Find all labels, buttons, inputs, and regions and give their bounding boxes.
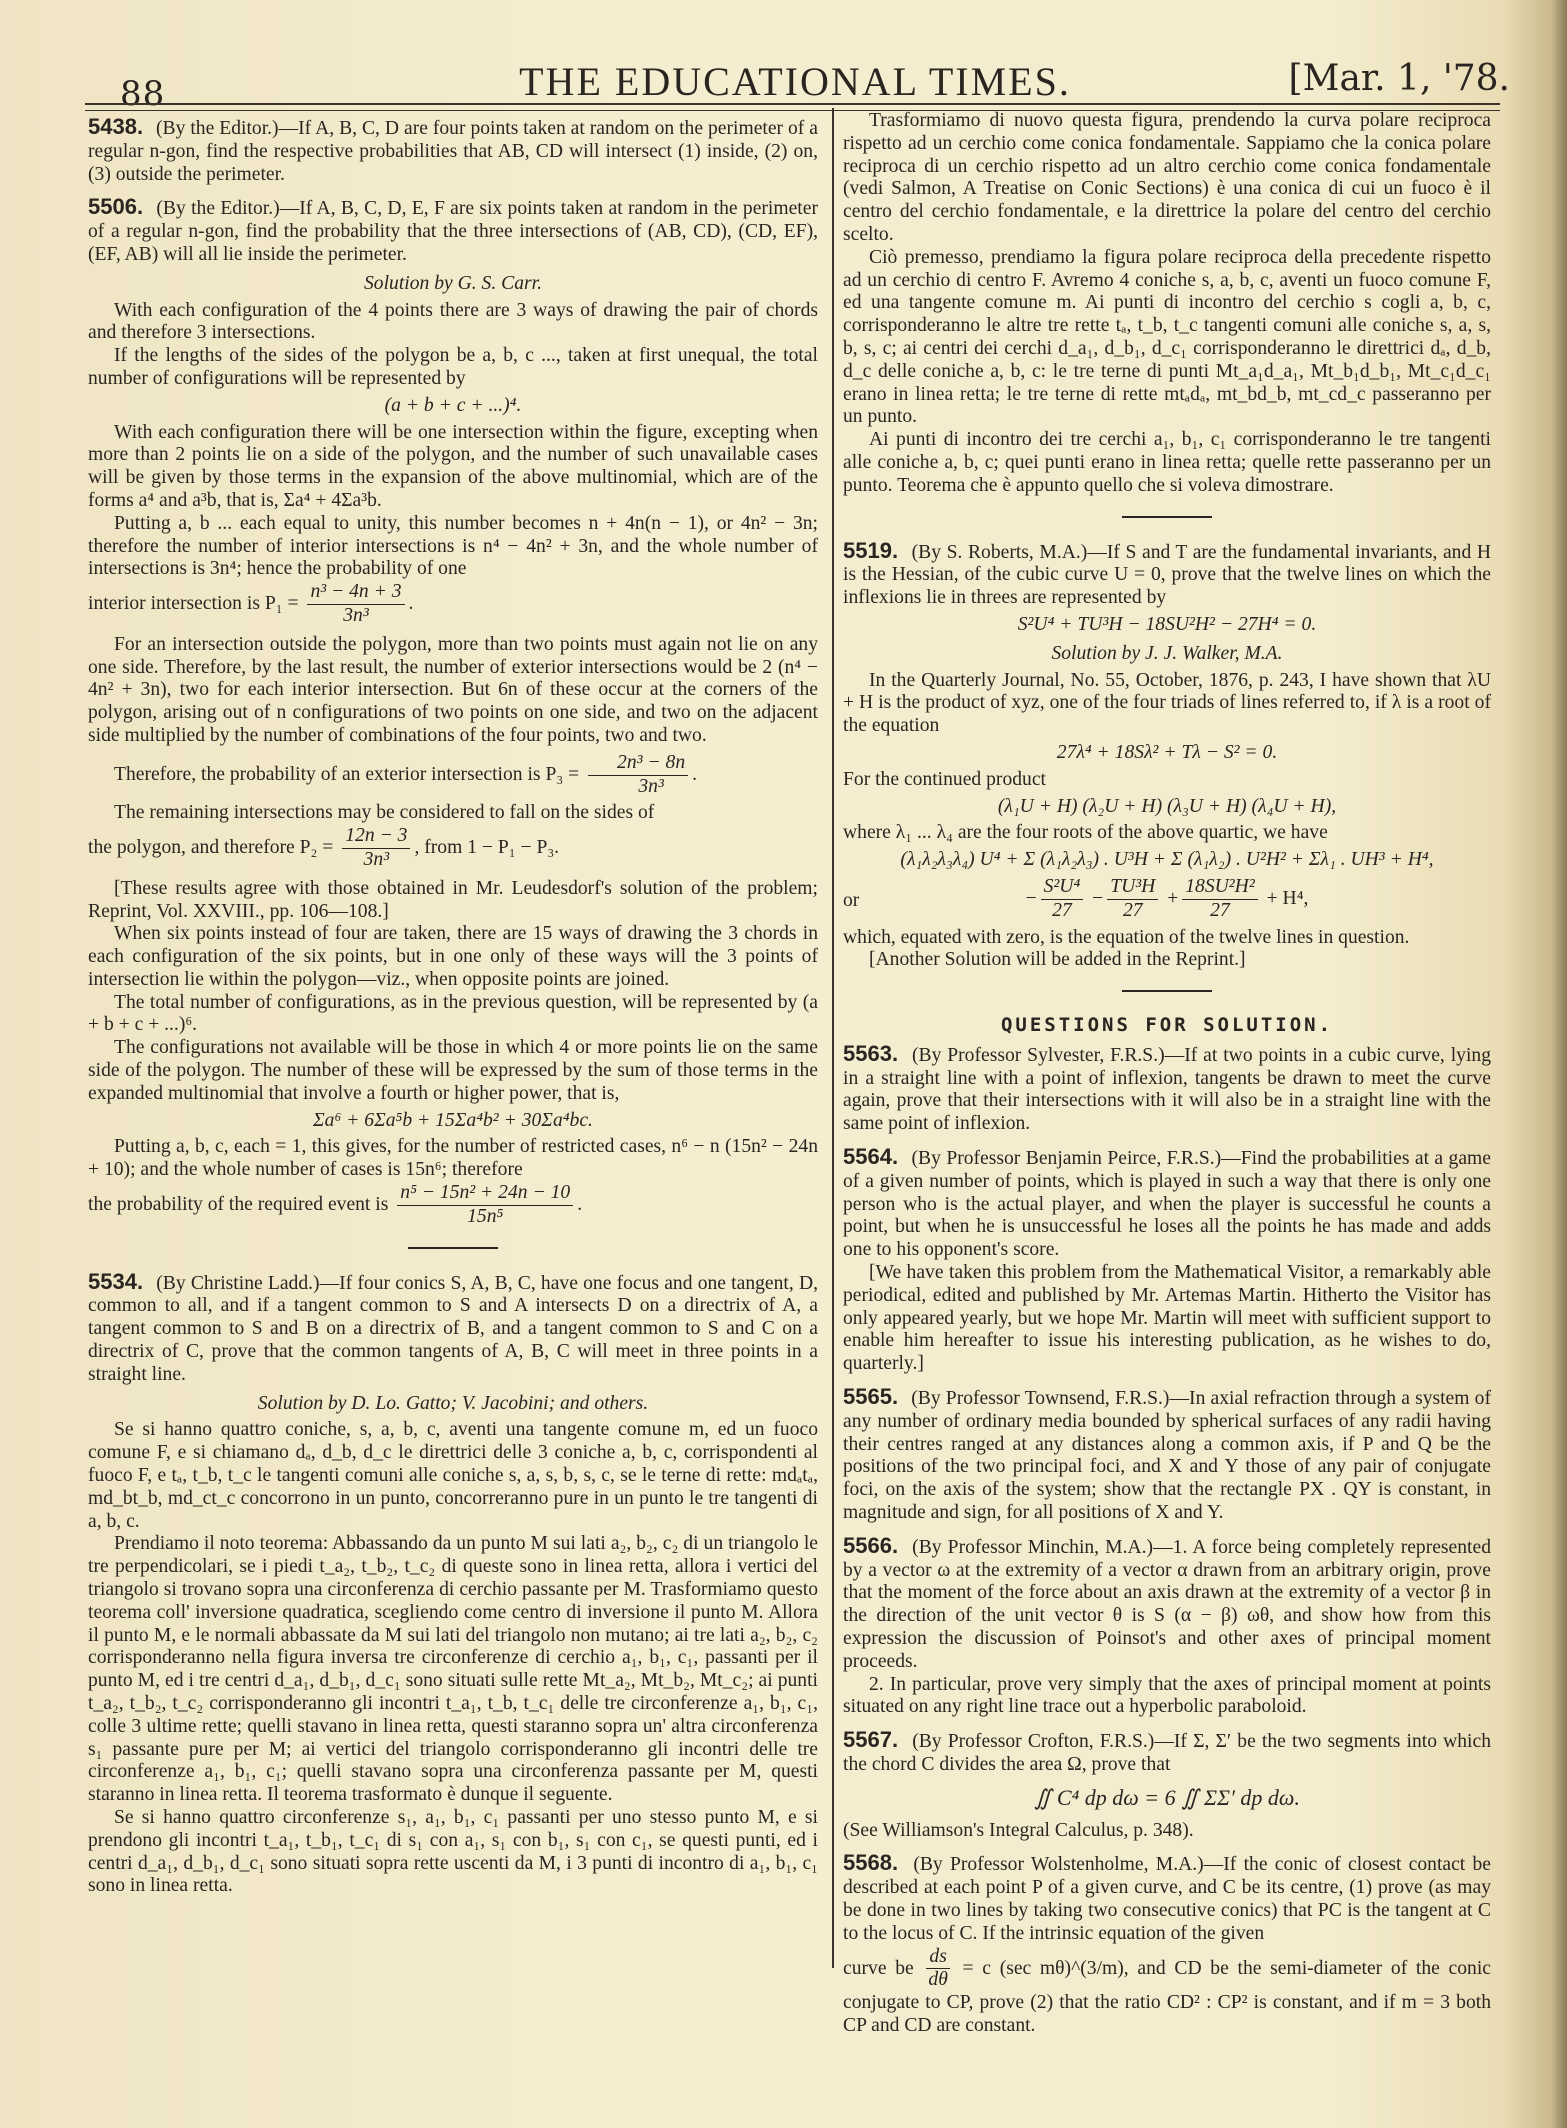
equation: (a + b + c + ...)⁴. — [88, 395, 818, 418]
question-number: 5506. — [88, 194, 143, 219]
equation: S²U⁴ + TU³H − 18SU²H² − 27H⁴ = 0. — [843, 614, 1491, 637]
solution-byline: Solution by D. Lo. Gatto; V. Jacobini; a… — [88, 1393, 818, 1416]
equation: 27λ⁴ + 18Sλ² + Tλ − S² = 0. — [843, 742, 1491, 765]
question-author: (By Professor Wolstenholme, M.A.) — [913, 1854, 1203, 1875]
section-divider — [408, 1247, 498, 1249]
formula-p2: the polygon, and therefore P₂ = 12n − 33… — [88, 825, 818, 872]
fraction: TU³H27 — [1107, 876, 1158, 923]
equation: (λ₁λ₂λ₃λ₄) U⁴ + Σ (λ₁λ₂λ₃) . U³H + Σ (λ₁… — [843, 849, 1491, 872]
question-number: 5534. — [88, 1269, 143, 1294]
newspaper-page: 88 THE EDUCATIONAL TIMES. [Mar. 1, '78. … — [0, 0, 1567, 2128]
question-number: 5566. — [843, 1533, 898, 1558]
question-5566: 5566. (By Professor Minchin, M.A.)—1. A … — [843, 1535, 1491, 1674]
numerator: n³ − 4n + 3 — [307, 581, 404, 605]
numerator: TU³H — [1107, 876, 1158, 900]
question-author: (By S. Roberts, M.A.) — [912, 542, 1088, 563]
question-5567: 5567. (By Professor Crofton, F.R.S.)—If … — [843, 1729, 1491, 1777]
denominator: 27 — [1041, 900, 1084, 923]
numerator: 2n³ − 8n — [588, 752, 688, 776]
question-author: (By the Editor.) — [156, 198, 279, 219]
fraction: n³ − 4n + 33n³ — [307, 581, 404, 628]
numerator: ds — [926, 1946, 949, 1970]
equation-tail: + H⁴, — [1267, 888, 1309, 909]
solution-byline: Solution by G. S. Carr. — [88, 273, 818, 296]
right-column: Trasformiamo di nuovo questa figura, pre… — [843, 110, 1491, 2038]
paragraph: When six points instead of four are take… — [88, 923, 818, 991]
numerator: 12n − 3 — [342, 825, 410, 849]
fraction: n⁵ − 15n² + 24n − 1015n⁵ — [397, 1182, 573, 1229]
paragraph: For the continued product — [843, 769, 1491, 792]
reference: (See Williamson's Integral Calculus, p. … — [843, 1820, 1491, 1843]
paragraph: Putting a, b ... each equal to unity, th… — [88, 513, 818, 581]
question-author: (By Professor Townsend, F.R.S.) — [911, 1388, 1169, 1409]
question-5563: 5563. (By Professor Sylvester, F.R.S.)—I… — [843, 1043, 1491, 1136]
fraction: 2n³ − 8n3n³ — [588, 752, 688, 799]
question-number: 5563. — [843, 1041, 898, 1066]
question-number: 5438. — [88, 114, 143, 139]
question-5506: 5506. (By the Editor.)—If A, B, C, D, E,… — [88, 196, 818, 266]
issue-date: [Mar. 1, '78. — [1289, 58, 1510, 99]
paragraph: Trasformiamo di nuovo questa figura, pre… — [843, 110, 1491, 247]
formula-lead: interior intersection is P₁ = — [88, 593, 299, 614]
page-header: 88 THE EDUCATIONAL TIMES. [Mar. 1, '78. — [80, 58, 1510, 98]
formula-curve: curve be dsdθ = c (sec mθ)^(3/m), and CD… — [843, 1946, 1491, 2038]
equation: (λ₁U + H) (λ₂U + H) (λ₃U + H) (λ₄U + H), — [843, 796, 1491, 819]
paragraph: Ciò premesso, prendiamo la figura polare… — [843, 247, 1491, 429]
section-divider — [1122, 990, 1212, 992]
paragraph: which, equated with zero, is the equatio… — [843, 927, 1491, 950]
question-5564: 5564. (By Professor Benjamin Peirce, F.R… — [843, 1146, 1491, 1262]
denominator: 27 — [1182, 900, 1257, 923]
fraction: 12n − 33n³ — [342, 825, 410, 872]
denominator: 3n³ — [588, 776, 688, 799]
question-author: (By Professor Benjamin Peirce, F.R.S.) — [912, 1148, 1222, 1169]
column-divider — [832, 108, 834, 1968]
question-5438: 5438. (By the Editor.)—If A, B, C, D are… — [88, 116, 818, 186]
question-author: (By the Editor.) — [156, 118, 279, 139]
equation: Σa⁶ + 6Σa⁵b + 15Σa⁴b² + 30Σa⁴bc. — [88, 1110, 818, 1133]
question-author: (By Professor Sylvester, F.R.S.) — [912, 1045, 1165, 1066]
fraction: S²U⁴27 — [1041, 876, 1084, 923]
paragraph: For an intersection outside the polygon,… — [88, 634, 818, 748]
or-label: or — [843, 890, 859, 913]
paragraph: In the Quarterly Journal, No. 55, Octobe… — [843, 670, 1491, 738]
formula-final: the probability of the required event is… — [88, 1182, 818, 1229]
formula-lead: the probability of the required event is — [88, 1194, 388, 1215]
fraction: dsdθ — [926, 1946, 949, 1993]
formula-lead: Therefore, the probability of an exterio… — [114, 764, 579, 785]
equation: ∬ C⁴ dp dω = 6 ∬ ΣΣ′ dp dω. — [843, 1787, 1491, 1810]
formula-tail: , from 1 − P₁ − P₃. — [414, 837, 559, 858]
formula-lead: curve be — [843, 1957, 914, 1978]
paragraph: The total number of configurations, as i… — [88, 992, 818, 1038]
denominator: 3n³ — [342, 849, 410, 872]
question-5519: 5519. (By S. Roberts, M.A.)—If S and T a… — [843, 540, 1491, 610]
numerator: 18SU²H² — [1182, 876, 1257, 900]
denominator: dθ — [926, 1969, 949, 1992]
left-column: 5438. (By the Editor.)—If A, B, C, D are… — [88, 110, 818, 1898]
denominator: 3n³ — [307, 605, 404, 628]
paragraph: Se si hanno quattro coniche, s, a, b, c,… — [88, 1419, 818, 1533]
paragraph: where λ₁ ... λ₄ are the four roots of th… — [843, 822, 1491, 845]
question-author: (By Professor Crofton, F.R.S.) — [912, 1731, 1154, 1752]
paragraph: With each configuration of the 4 points … — [88, 300, 818, 346]
paragraph: Putting a, b, c, each = 1, this gives, f… — [88, 1136, 818, 1182]
solution-byline: Solution by J. J. Walker, M.A. — [843, 643, 1491, 666]
question-5565: 5565. (By Professor Townsend, F.R.S.)—In… — [843, 1386, 1491, 1525]
numerator: S²U⁴ — [1041, 876, 1084, 900]
formula-lead: the polygon, and therefore P₂ = — [88, 837, 333, 858]
question-number: 5567. — [843, 1727, 898, 1752]
denominator: 15n⁵ — [397, 1206, 573, 1229]
editor-note: [We have taken this problem from the Mat… — [843, 1262, 1491, 1376]
paragraph: The remaining intersections may be consi… — [88, 802, 818, 825]
formula-p3: Therefore, the probability of an exterio… — [88, 752, 818, 799]
paragraph: Se si hanno quattro circonferenze s₁, a₁… — [88, 1807, 818, 1898]
question-5534: 5534. (By Christine Ladd.)—If four conic… — [88, 1271, 818, 1387]
question-number: 5519. — [843, 538, 898, 563]
numerator: n⁵ − 15n² + 24n − 10 — [397, 1182, 573, 1206]
section-title: QUESTIONS FOR SOLUTION. — [843, 1014, 1491, 1037]
paragraph: 2. In particular, prove very simply that… — [843, 1674, 1491, 1720]
equation-fraction-row: or −S²U⁴27 −TU³H27 +18SU²H²27 + H⁴, — [843, 876, 1491, 923]
question-number: 5568. — [843, 1850, 898, 1875]
question-author: (By Professor Minchin, M.A.) — [912, 1537, 1153, 1558]
question-author: (By Christine Ladd.) — [156, 1273, 319, 1294]
question-5568: 5568. (By Professor Wolstenholme, M.A.)—… — [843, 1852, 1491, 1945]
section-divider — [1122, 516, 1212, 518]
paragraph: Prendiamo il noto teorema: Abbassando da… — [88, 1533, 818, 1807]
paragraph: If the lengths of the sides of the polyg… — [88, 345, 818, 391]
denominator: 27 — [1107, 900, 1158, 923]
question-number: 5564. — [843, 1144, 898, 1169]
paragraph: Ai punti di incontro dei tre cerchi a₁, … — [843, 429, 1491, 497]
formula-p1: interior intersection is P₁ = n³ − 4n + … — [88, 581, 818, 628]
editor-note: [Another Solution will be added in the R… — [843, 949, 1491, 972]
question-number: 5565. — [843, 1384, 898, 1409]
paragraph: With each configuration there will be on… — [88, 422, 818, 513]
editor-note: [These results agree with those obtained… — [88, 878, 818, 924]
fraction: 18SU²H²27 — [1182, 876, 1257, 923]
paragraph: The configurations not available will be… — [88, 1037, 818, 1105]
